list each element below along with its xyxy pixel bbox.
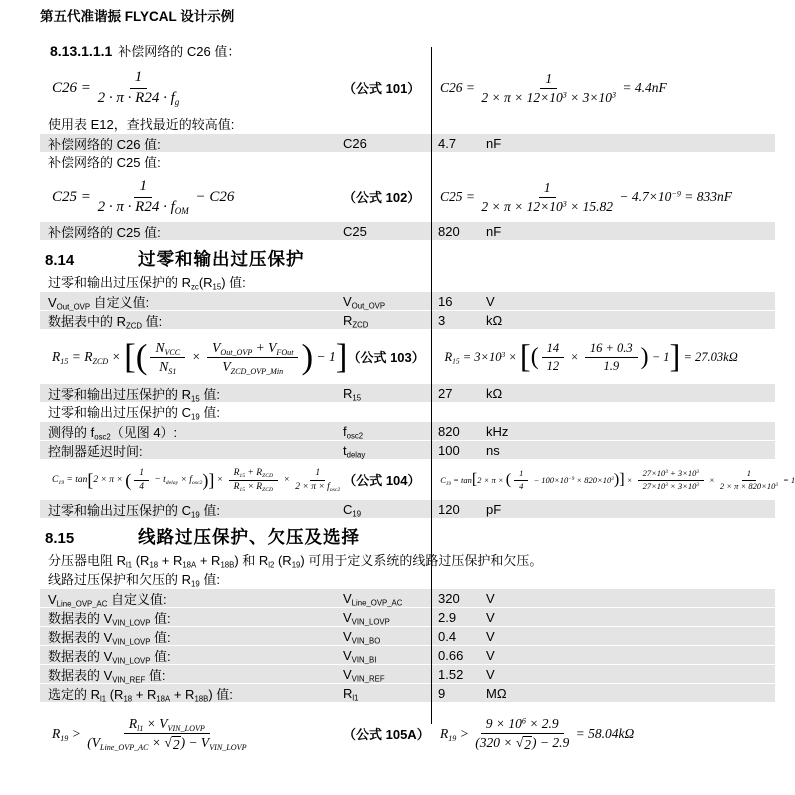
row-value: 27 bbox=[432, 386, 486, 401]
formula-102-tag: （公式 102） bbox=[343, 190, 420, 205]
table-row-c25: 补偿网络的 C25 值: C25 820 nF bbox=[40, 222, 775, 240]
row-symbol: fosc2 bbox=[343, 424, 432, 439]
line-r19-intro: 线路过压保护和欠压的 R19 值: bbox=[48, 571, 795, 588]
row-value: 820 bbox=[432, 424, 486, 439]
row-unit: pF bbox=[486, 502, 775, 517]
formula-105a-numeric: R19 > 9 × 106 × 2.9(320 × √2) − 2.9 = 58… bbox=[431, 716, 634, 752]
row-value: 3 bbox=[432, 313, 486, 328]
row-label: 过零和输出过压保护的 C19 值: bbox=[40, 500, 343, 519]
table-row-tdelay: 控制器延迟时间: tdelay 100 ns bbox=[40, 441, 775, 459]
row-symbol: C25 bbox=[343, 224, 432, 239]
row-value: 4.7 bbox=[432, 136, 486, 151]
formula-105a-tag: （公式 105A） bbox=[343, 727, 430, 742]
row-unit: ns bbox=[486, 443, 775, 458]
line-c25-intro: 补偿网络的 C25 值: bbox=[48, 154, 795, 171]
row-symbol: VOut_OVP bbox=[343, 294, 432, 309]
row-unit: MΩ bbox=[486, 686, 775, 701]
row-value: 120 bbox=[432, 502, 486, 517]
row-label: 数据表的 VVIN_LOVP 值: bbox=[40, 627, 343, 646]
formula-105a-tag-box: （公式 105A） bbox=[343, 724, 431, 744]
row-value: 0.66 bbox=[432, 648, 486, 663]
formula-101-tag: （公式 101） bbox=[343, 81, 420, 96]
row-label: 测得的 fosc2（见图 4）: bbox=[40, 422, 343, 441]
row-symbol: VLine_OVP_AC bbox=[343, 591, 432, 606]
formula-104-tag-box: （公式 104） bbox=[343, 470, 431, 490]
section-title: 补偿网络的 C26 值： bbox=[118, 44, 240, 59]
formula-103-block: R15 = RZCD × [(NVCCNS1 × VOut_OVP + VFOu… bbox=[52, 330, 792, 384]
table-row-c26: 补偿网络的 C26 值: C26 4.7 nF bbox=[40, 134, 775, 152]
section-heading-8-13-1-1-1: 8.13.1.1.1补偿网络的 C26 值： bbox=[50, 41, 795, 60]
page-title: 第五代准谐振 FLYCAL 设计示例 bbox=[0, 0, 795, 25]
formula-101-numeric: C26 = 12 × π × 12×103 × 3×103 = 4.4nF bbox=[431, 71, 667, 105]
row-unit: V bbox=[486, 629, 775, 644]
table-row-fosc2: 测得的 fosc2（见图 4）: fosc2 820 kHz bbox=[40, 422, 775, 440]
row-value: 320 bbox=[432, 591, 486, 606]
row-unit: nF bbox=[486, 224, 775, 239]
table-row-vvin-bo: 数据表的 VVIN_LOVP 值: VVIN_BO 0.4 V bbox=[40, 627, 775, 645]
formula-104-tag: （公式 104） bbox=[343, 473, 420, 488]
formula-104-block: C19 = tan[2 × π × (14 − tdelay × fosc2)]… bbox=[52, 460, 792, 500]
table-row-rzcd: 数据表中的 RZCD 值: RZCD 3 kΩ bbox=[40, 311, 775, 329]
section-heading-8-15: 8.15 线路过压保护、欠压及选择 bbox=[45, 524, 795, 549]
row-unit: V bbox=[486, 294, 775, 309]
row-symbol: C26 bbox=[343, 136, 432, 151]
formula-102-numeric: C25 = 12 × π × 12×103 × 15.82 − 4.7×10−9… bbox=[431, 180, 732, 214]
row-value: 820 bbox=[432, 224, 486, 239]
paragraph-divider-resistors: 分压器电阻 Rl1 (R18 + R18A + R18B) 和 Rl2 (R19… bbox=[48, 552, 795, 569]
row-label: 数据表的 VVIN_REF 值: bbox=[40, 665, 343, 684]
formula-101-tag-box: （公式 101） bbox=[343, 78, 431, 98]
section-number: 8.15 bbox=[45, 530, 138, 547]
column-divider bbox=[431, 47, 432, 724]
formula-105a-block: R19 > Rl1 × VVIN_LOVP(VLine_OVP_AC × √2)… bbox=[52, 705, 792, 763]
formula-103-tag-box: （公式 103） bbox=[347, 347, 435, 367]
row-value: 9 bbox=[432, 686, 486, 701]
table-row-c19: 过零和输出过压保护的 C19 值: C19 120 pF bbox=[40, 500, 775, 518]
formula-101-symbolic: C26 = 12 · π · R24 · fg bbox=[52, 69, 343, 107]
row-unit: kΩ bbox=[486, 313, 775, 328]
formula-104-numeric: C19 = tan[2 × π × (14 − 100×10−9 × 820×1… bbox=[431, 469, 795, 492]
row-symbol: RZCD bbox=[343, 313, 432, 328]
row-unit: V bbox=[486, 591, 775, 606]
row-symbol: R15 bbox=[343, 386, 432, 401]
table-row-vvin-ref: 数据表的 VVIN_REF 值: VVIN_REF 1.52 V bbox=[40, 665, 775, 683]
formula-101-block: C26 = 12 · π · R24 · fg （公式 101） C26 = 1… bbox=[52, 62, 792, 114]
row-label: VLine_OVP_AC 自定义值: bbox=[40, 589, 343, 608]
section-title: 线路过压保护、欠压及选择 bbox=[138, 524, 360, 549]
table-row-vvin-bi: 数据表的 VVIN_LOVP 值: VVIN_BI 0.66 V bbox=[40, 646, 775, 664]
row-unit: kΩ bbox=[486, 386, 775, 401]
section-title: 过零和输出过压保护 bbox=[138, 246, 305, 271]
row-unit: nF bbox=[486, 136, 775, 151]
row-unit: V bbox=[486, 610, 775, 625]
formula-102-block: C25 = 12 · π · R24 · fOM − C26 （公式 102） … bbox=[52, 172, 792, 222]
line-c19-intro: 过零和输出过压保护的 C19 值: bbox=[48, 404, 795, 421]
row-symbol: tdelay bbox=[343, 443, 432, 458]
formula-102-tag-box: （公式 102） bbox=[343, 187, 431, 207]
row-label: 补偿网络的 C26 值: bbox=[40, 134, 343, 153]
formula-103-tag: （公式 103） bbox=[347, 350, 424, 365]
row-symbol: VVIN_BO bbox=[343, 629, 432, 644]
row-label: 数据表的 VVIN_LOVP 值: bbox=[40, 608, 343, 627]
formula-104-symbolic: C19 = tan[2 × π × (14 − tdelay × fosc2)]… bbox=[52, 468, 343, 493]
row-symbol: Rl1 bbox=[343, 686, 432, 701]
row-value: 16 bbox=[432, 294, 486, 309]
row-value: 2.9 bbox=[432, 610, 486, 625]
row-value: 100 bbox=[432, 443, 486, 458]
formula-102-symbolic: C25 = 12 · π · R24 · fOM − C26 bbox=[52, 178, 343, 216]
row-label: 数据表的 VVIN_LOVP 值: bbox=[40, 646, 343, 665]
table-row-vvin-lovp: 数据表的 VVIN_LOVP 值: VVIN_LOVP 2.9 V bbox=[40, 608, 775, 626]
row-symbol: VVIN_BI bbox=[343, 648, 432, 663]
table-row-vline-ovp-ac: VLine_OVP_AC 自定义值: VLine_OVP_AC 320 V bbox=[40, 589, 775, 607]
row-value: 1.52 bbox=[432, 667, 486, 682]
table-row-rl1: 选定的 Rl1 (R18 + R18A + R18B) 值: Rl1 9 MΩ bbox=[40, 684, 775, 702]
row-label: 过零和输出过压保护的 R15 值: bbox=[40, 384, 343, 403]
line-rzc-intro: 过零和输出过压保护的 Rzc(R15) 值: bbox=[48, 274, 795, 291]
row-unit: kHz bbox=[486, 424, 775, 439]
row-symbol: VVIN_REF bbox=[343, 667, 432, 682]
formula-103-symbolic: R15 = RZCD × [(NVCCNS1 × VOut_OVP + VFOu… bbox=[52, 340, 347, 374]
row-label: 控制器延迟时间: bbox=[40, 441, 343, 460]
row-value: 0.4 bbox=[432, 629, 486, 644]
section-number: 8.14 bbox=[45, 252, 138, 269]
section-heading-8-14: 8.14 过零和输出过压保护 bbox=[45, 246, 795, 271]
row-label: 补偿网络的 C25 值: bbox=[40, 222, 343, 241]
formula-105a-symbolic: R19 > Rl1 × VVIN_LOVP(VLine_OVP_AC × √2)… bbox=[52, 716, 343, 752]
table-row-r15: 过零和输出过压保护的 R15 值: R15 27 kΩ bbox=[40, 384, 775, 402]
table-row-vout-ovp: VOut_OVP 自定义值: VOut_OVP 16 V bbox=[40, 292, 775, 310]
row-label: 数据表中的 RZCD 值: bbox=[40, 311, 343, 330]
row-symbol: C19 bbox=[343, 502, 432, 517]
note-use-table: 使用表 E12，查找最近的较高值: bbox=[48, 116, 795, 133]
row-unit: V bbox=[486, 667, 775, 682]
row-label: VOut_OVP 自定义值: bbox=[40, 292, 343, 311]
row-symbol: VVIN_LOVP bbox=[343, 610, 432, 625]
section-number: 8.13.1.1.1 bbox=[50, 43, 112, 59]
row-label: 选定的 Rl1 (R18 + R18A + R18B) 值: bbox=[40, 684, 343, 703]
formula-103-numeric: R15 = 3×103 × [(1412 × 16 + 0.31.9) − 1]… bbox=[435, 341, 737, 373]
document-page: 第五代准谐振 FLYCAL 设计示例 8.13.1.1.1补偿网络的 C26 值… bbox=[0, 0, 795, 795]
row-unit: V bbox=[486, 648, 775, 663]
